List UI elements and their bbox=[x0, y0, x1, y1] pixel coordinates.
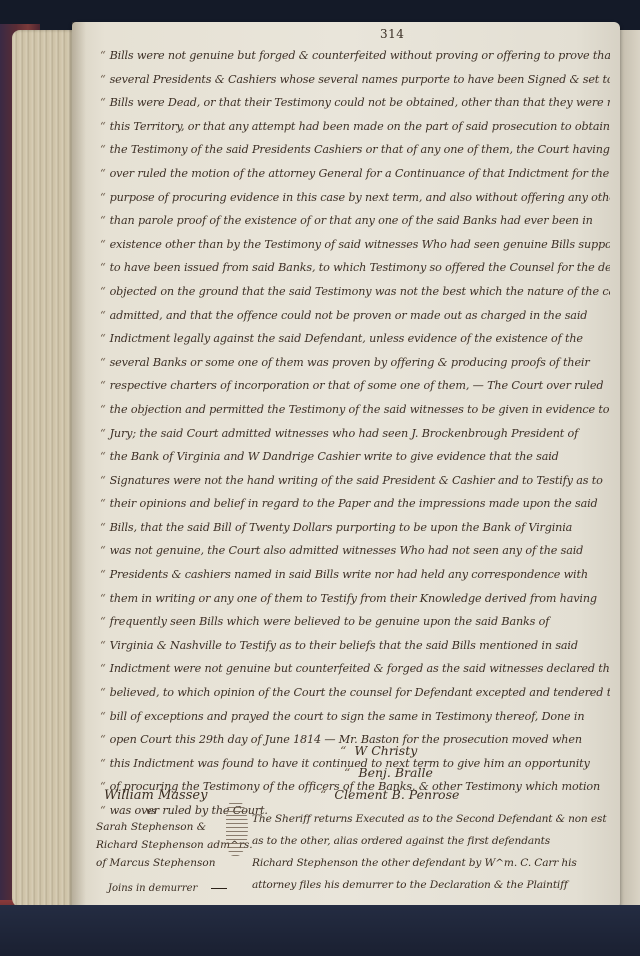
quote-mark: “ bbox=[100, 710, 106, 723]
quote-mark: “ bbox=[100, 403, 106, 416]
quote-mark: “ bbox=[100, 615, 106, 628]
quote-mark: “ bbox=[340, 743, 346, 758]
sheriff-entry: The Sheriff returns Executed as to the S… bbox=[252, 808, 612, 896]
quote-mark: “ bbox=[100, 332, 106, 345]
quote-mark: “ bbox=[100, 474, 106, 487]
manuscript-line: “existence other than by the Testimony o… bbox=[100, 233, 610, 257]
line-text: respective charters of incorporation or … bbox=[110, 379, 604, 392]
plea-line: Joins in demurrer bbox=[96, 880, 226, 898]
manuscript-line: “several Presidents & Cashiers whose sev… bbox=[100, 68, 610, 92]
quote-mark: “ bbox=[100, 757, 106, 770]
line-text: them in writing or any one of them to Te… bbox=[110, 592, 597, 605]
manuscript-line: “Virginia & Nashville to Testify as to t… bbox=[100, 634, 610, 658]
line-text: than parole proof of the existence of or… bbox=[110, 214, 593, 227]
line-text: objected on the ground that the said Tes… bbox=[110, 285, 610, 298]
defendant-line: Richard Stephenson adm^rs. bbox=[96, 836, 226, 854]
quote-mark: “ bbox=[100, 450, 106, 463]
body-text: “Bills were not genuine but forged & cou… bbox=[100, 44, 610, 823]
signature: “Clement B. Penrose bbox=[320, 784, 560, 806]
manuscript-line: “Bills were Dead, or that their Testimon… bbox=[100, 91, 610, 115]
quote-mark: “ bbox=[100, 592, 106, 605]
case-caption: William Massey vs Sarah Stephenson & Ric… bbox=[96, 786, 226, 898]
manuscript-line: “purpose of procuring evidence in this c… bbox=[100, 186, 610, 210]
page-number: 314 bbox=[380, 27, 404, 41]
line-text: this Territory, or that any attempt had … bbox=[110, 120, 610, 133]
signature-name: Clement B. Penrose bbox=[334, 787, 459, 802]
signature-name: Benj. Bralle bbox=[358, 765, 432, 780]
defendant-line: Sarah Stephenson & bbox=[96, 818, 226, 836]
manuscript-line: “admitted, and that the offence could no… bbox=[100, 304, 610, 328]
line-text: Indictment legally against the said Defe… bbox=[110, 332, 583, 345]
quote-mark: “ bbox=[100, 568, 106, 581]
quote-mark: “ bbox=[100, 733, 106, 746]
plea-dash bbox=[211, 888, 227, 889]
manuscript-line: “Indictment legally against the said Def… bbox=[100, 327, 610, 351]
line-text: the Bank of Virginia and W Dandrige Cash… bbox=[110, 450, 559, 463]
manuscript-line: “them in writing or any one of them to T… bbox=[100, 587, 610, 611]
signature: “Benj. Bralle bbox=[340, 762, 560, 784]
line-text: Bills were not genuine but forged & coun… bbox=[110, 49, 610, 62]
line-text: existence other than by the Testimony of… bbox=[110, 238, 610, 251]
quote-mark: “ bbox=[100, 285, 106, 298]
manuscript-photo: 314 “Bills were not genuine but forged &… bbox=[0, 0, 640, 956]
sheriff-line: The Sheriff returns Executed as to the S… bbox=[252, 808, 612, 830]
quote-mark: “ bbox=[344, 765, 350, 780]
line-text: believed, to which opinion of the Court … bbox=[110, 686, 610, 699]
manuscript-line: “the Testimony of the said Presidents Ca… bbox=[100, 138, 610, 162]
quote-mark: “ bbox=[100, 356, 106, 369]
defendant-line: of Marcus Stephenson bbox=[96, 854, 226, 872]
quote-mark: “ bbox=[100, 662, 106, 675]
sheriff-line: as to the other, alias ordered against t… bbox=[252, 830, 612, 852]
line-text: Jury; the said Court admitted witnesses … bbox=[110, 427, 579, 440]
line-text: bill of exceptions and prayed the court … bbox=[110, 710, 585, 723]
quote-mark: “ bbox=[100, 309, 106, 322]
manuscript-line: “the objection and permitted the Testimo… bbox=[100, 398, 610, 422]
line-text: the Testimony of the said Presidents Cas… bbox=[110, 143, 610, 156]
line-text: their opinions and belief in regard to t… bbox=[110, 497, 598, 510]
quote-mark: “ bbox=[100, 261, 106, 274]
signature: “W Christy bbox=[340, 740, 560, 762]
manuscript-line: “over ruled the motion of the attorney G… bbox=[100, 162, 610, 186]
line-text: Presidents & cashiers named in said Bill… bbox=[110, 568, 588, 581]
line-text: over ruled the motion of the attorney Ge… bbox=[110, 167, 610, 180]
manuscript-line: “objected on the ground that the said Te… bbox=[100, 280, 610, 304]
signature-block: “W Christy “Benj. Bralle “Clement B. Pen… bbox=[340, 740, 560, 806]
quote-mark: “ bbox=[100, 96, 106, 109]
line-text: purpose of procuring evidence in this ca… bbox=[110, 191, 610, 204]
line-text: was not genuine, the Court also admitted… bbox=[110, 544, 584, 557]
sheriff-line: attorney files his demurrer to the Decla… bbox=[252, 874, 612, 896]
page-gutter-shadow bbox=[72, 22, 86, 912]
manuscript-line: “Bills, that the said Bill of Twenty Dol… bbox=[100, 516, 610, 540]
quote-mark: “ bbox=[100, 214, 106, 227]
line-text: to have been issued from said Banks, to … bbox=[110, 261, 610, 274]
sheriff-line: Richard Stephenson the other defendant b… bbox=[252, 852, 612, 874]
quote-mark: “ bbox=[100, 49, 106, 62]
background-bottom bbox=[0, 905, 640, 956]
manuscript-line: “than parole proof of the existence of o… bbox=[100, 209, 610, 233]
manuscript-line: “Jury; the said Court admitted witnesses… bbox=[100, 422, 610, 446]
manuscript-line: “this Territory, or that any attempt had… bbox=[100, 115, 610, 139]
quote-mark: “ bbox=[100, 120, 106, 133]
manuscript-line: “was not genuine, the Court also admitte… bbox=[100, 539, 610, 563]
line-text: frequently seen Bills which were believe… bbox=[110, 615, 550, 628]
line-text: Bills, that the said Bill of Twenty Doll… bbox=[110, 521, 573, 534]
quote-mark: “ bbox=[100, 238, 106, 251]
plaintiff-name: William Massey bbox=[96, 786, 226, 806]
manuscript-line: “the Bank of Virginia and W Dandrige Cas… bbox=[100, 445, 610, 469]
signature-name: W Christy bbox=[354, 743, 417, 758]
manuscript-line: “Presidents & cashiers named in said Bil… bbox=[100, 563, 610, 587]
line-text: Virginia & Nashville to Testify as to th… bbox=[110, 639, 578, 652]
quote-mark: “ bbox=[100, 521, 106, 534]
line-text: admitted, and that the offence could not… bbox=[110, 309, 588, 322]
line-text: the objection and permitted the Testimon… bbox=[110, 403, 610, 416]
quote-mark: “ bbox=[100, 639, 106, 652]
quote-mark: “ bbox=[100, 379, 106, 392]
manuscript-line: “to have been issued from said Banks, to… bbox=[100, 256, 610, 280]
quote-mark: “ bbox=[100, 73, 106, 86]
manuscript-line: “several Banks or some one of them was p… bbox=[100, 351, 610, 375]
manuscript-line: “respective charters of incorporation or… bbox=[100, 374, 610, 398]
quote-mark: “ bbox=[100, 167, 106, 180]
manuscript-line: “bill of exceptions and prayed the court… bbox=[100, 705, 610, 729]
quote-mark: “ bbox=[100, 191, 106, 204]
manuscript-line: “believed, to which opinion of the Court… bbox=[100, 681, 610, 705]
line-text: Signatures were not the hand writing of … bbox=[110, 474, 603, 487]
versus-label: vs bbox=[96, 806, 226, 818]
quote-mark: “ bbox=[100, 544, 106, 557]
manuscript-line: “their opinions and belief in regard to … bbox=[100, 492, 610, 516]
manuscript-line: “frequently seen Bills which were believ… bbox=[100, 610, 610, 634]
line-text: several Presidents & Cashiers whose seve… bbox=[110, 73, 610, 86]
quote-mark: “ bbox=[320, 787, 326, 802]
line-text: several Banks or some one of them was pr… bbox=[110, 356, 590, 369]
manuscript-line: “Bills were not genuine but forged & cou… bbox=[100, 44, 610, 68]
quote-mark: “ bbox=[100, 497, 106, 510]
plea-text: Joins in demurrer bbox=[108, 883, 197, 894]
line-text: Indictment were not genuine but counterf… bbox=[110, 662, 610, 675]
quote-mark: “ bbox=[100, 686, 106, 699]
quote-mark: “ bbox=[100, 143, 106, 156]
line-text: Bills were Dead, or that their Testimony… bbox=[110, 96, 610, 109]
manuscript-line: “Signatures were not the hand writing of… bbox=[100, 469, 610, 493]
scroll-brace-icon bbox=[226, 800, 248, 856]
quote-mark: “ bbox=[100, 427, 106, 440]
manuscript-line: “Indictment were not genuine but counter… bbox=[100, 657, 610, 681]
